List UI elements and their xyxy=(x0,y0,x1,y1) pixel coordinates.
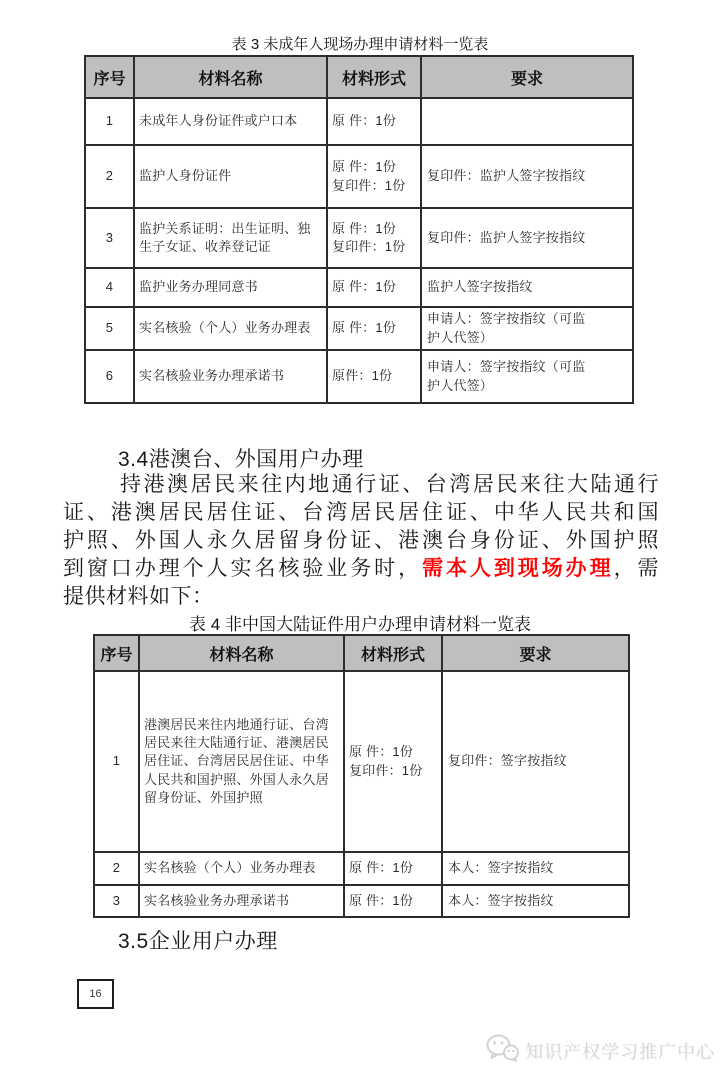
table-cell: 监护关系证明：出生证明、独 生子女证、收养登记证 xyxy=(134,208,327,268)
column-header: 序号 xyxy=(94,635,139,671)
paragraph-text: 持港澳居民来往内地通行证、台湾居民来往大陆通行 xyxy=(120,473,659,496)
paragraph-text: ，需 xyxy=(614,557,659,580)
table-row: 1未成年人身份证件或户口本原 件：1份 xyxy=(85,98,633,145)
table-cell: 实名核验业务办理承诺书 xyxy=(134,350,327,403)
table-row: 1港澳居民来往内地通行证、台湾 居民来往大陆通行证、港澳居民 居住证、台湾居民居… xyxy=(94,671,629,852)
wechat-logo-icon xyxy=(486,1034,519,1067)
table-cell: 1 xyxy=(85,98,134,145)
table-cell: 监护人身份证件 xyxy=(134,145,327,208)
table-row: 2监护人身份证件原 件：1份 复印件：1份复印件：监护人签字按指纹 xyxy=(85,145,633,208)
table-cell: 原 件：1份 xyxy=(327,307,421,350)
table-cell xyxy=(421,98,633,145)
table-cell: 原件：1份 xyxy=(327,350,421,403)
paragraph-line: 证、港澳居民居住证、台湾居民居住证、中华人民共和国 xyxy=(63,499,659,527)
table-cell: 本人：签字按指纹 xyxy=(442,885,629,917)
table-cell: 原 件：1份 复印件：1份 xyxy=(344,671,442,852)
table-cell: 复印件：监护人签字按指纹 xyxy=(421,208,633,268)
table-cell: 3 xyxy=(85,208,134,268)
table4-non-mainland-materials: 序号材料名称材料形式要求 1港澳居民来往内地通行证、台湾 居民来往大陆通行证、港… xyxy=(93,634,630,918)
paragraph-text: 提供材料如下： xyxy=(63,585,214,608)
table-cell: 未成年人身份证件或户口本 xyxy=(134,98,327,145)
table-row: 6实名核验业务办理承诺书原件：1份申请人：签字按指纹（可监 护人代签） xyxy=(85,350,633,403)
paragraph-line: 护照、外国人永久居留身份证、港澳台身份证、外国护照 xyxy=(63,527,659,555)
table-cell: 4 xyxy=(85,268,134,307)
table-cell: 实名核验（个人）业务办理表 xyxy=(134,307,327,350)
column-header: 材料形式 xyxy=(344,635,442,671)
table-cell: 原 件：1份 xyxy=(344,885,442,917)
column-header: 要求 xyxy=(442,635,629,671)
table-cell: 复印件：监护人签字按指纹 xyxy=(421,145,633,208)
table-cell: 实名核验（个人）业务办理表 xyxy=(139,852,344,885)
table-header-row: 序号材料名称材料形式要求 xyxy=(85,56,633,98)
table-row: 3实名核验业务办理承诺书原 件：1份本人：签字按指纹 xyxy=(94,885,629,917)
watermark-text: 知识产权学习推广中心 xyxy=(525,1038,715,1064)
table3-minors-materials: 序号材料名称材料形式要求 1未成年人身份证件或户口本原 件：1份2监护人身份证件… xyxy=(84,55,634,404)
paragraph-text: 护照、外国人永久居留身份证、港澳台身份证、外国护照 xyxy=(63,529,659,552)
table4-title: 表 4 非中国大陆证件用户办理申请材料一览表 xyxy=(0,610,720,635)
table-cell: 本人：签字按指纹 xyxy=(442,852,629,885)
table-cell: 原 件：1份 xyxy=(327,268,421,307)
table-cell: 原 件：1份 xyxy=(344,852,442,885)
table-cell: 3 xyxy=(94,885,139,917)
table-cell: 原 件：1份 复印件：1份 xyxy=(327,208,421,268)
table-cell: 2 xyxy=(85,145,134,208)
table-cell: 1 xyxy=(94,671,139,852)
table-row: 5实名核验（个人）业务办理表原 件：1份申请人：签字按指纹（可监 护人代签） xyxy=(85,307,633,350)
paragraph-text: 到窗口办理个人实名核验业务时， xyxy=(63,557,422,580)
table-row: 4监护业务办理同意书原 件：1份监护人签字按指纹 xyxy=(85,268,633,307)
section-3-4-heading: 3.4港澳台、外国用户办理 xyxy=(118,443,364,473)
highlighted-red-text: 需本人到现场办理 xyxy=(422,557,614,580)
table-cell: 6 xyxy=(85,350,134,403)
column-header: 要求 xyxy=(421,56,633,98)
paragraph-text: 证、港澳居民居住证、台湾居民居住证、中华人民共和国 xyxy=(63,501,659,524)
table-cell: 港澳居民来往内地通行证、台湾 居民来往大陆通行证、港澳居民 居住证、台湾居民居住… xyxy=(139,671,344,852)
table-row: 2实名核验（个人）业务办理表原 件：1份本人：签字按指纹 xyxy=(94,852,629,885)
table-cell: 原 件：1份 xyxy=(327,98,421,145)
table-header-row: 序号材料名称材料形式要求 xyxy=(94,635,629,671)
table3-title: 表 3 未成年人现场办理申请材料一览表 xyxy=(0,33,720,54)
page-number: 16 xyxy=(89,988,101,1000)
table-cell: 复印件：签字按指纹 xyxy=(442,671,629,852)
watermark: 知识产权学习推广中心 xyxy=(486,1034,715,1067)
table-cell: 监护人签字按指纹 xyxy=(421,268,633,307)
table-cell: 实名核验业务办理承诺书 xyxy=(139,885,344,917)
table-cell: 2 xyxy=(94,852,139,885)
table-cell: 原 件：1份 复印件：1份 xyxy=(327,145,421,208)
column-header: 材料名称 xyxy=(139,635,344,671)
section-3-5-heading: 3.5企业用户办理 xyxy=(118,925,278,955)
table-cell: 监护业务办理同意书 xyxy=(134,268,327,307)
table-cell: 申请人：签字按指纹（可监 护人代签） xyxy=(421,307,633,350)
section-3-4-paragraph: 持港澳居民来往内地通行证、台湾居民来往大陆通行证、港澳居民居住证、台湾居民居住证… xyxy=(63,471,659,611)
document-page: 表 3 未成年人现场办理申请材料一览表 序号材料名称材料形式要求 1未成年人身份… xyxy=(0,0,720,1077)
column-header: 材料名称 xyxy=(134,56,327,98)
column-header: 材料形式 xyxy=(327,56,421,98)
column-header: 序号 xyxy=(85,56,134,98)
page-number-box: 16 xyxy=(77,979,114,1009)
paragraph-line: 提供材料如下： xyxy=(63,583,659,611)
table-cell: 申请人：签字按指纹（可监 护人代签） xyxy=(421,350,633,403)
paragraph-line: 到窗口办理个人实名核验业务时，需本人到现场办理，需 xyxy=(63,555,659,583)
table-row: 3监护关系证明：出生证明、独 生子女证、收养登记证原 件：1份 复印件：1份复印… xyxy=(85,208,633,268)
table-cell: 5 xyxy=(85,307,134,350)
paragraph-line: 持港澳居民来往内地通行证、台湾居民来往大陆通行 xyxy=(63,471,659,499)
